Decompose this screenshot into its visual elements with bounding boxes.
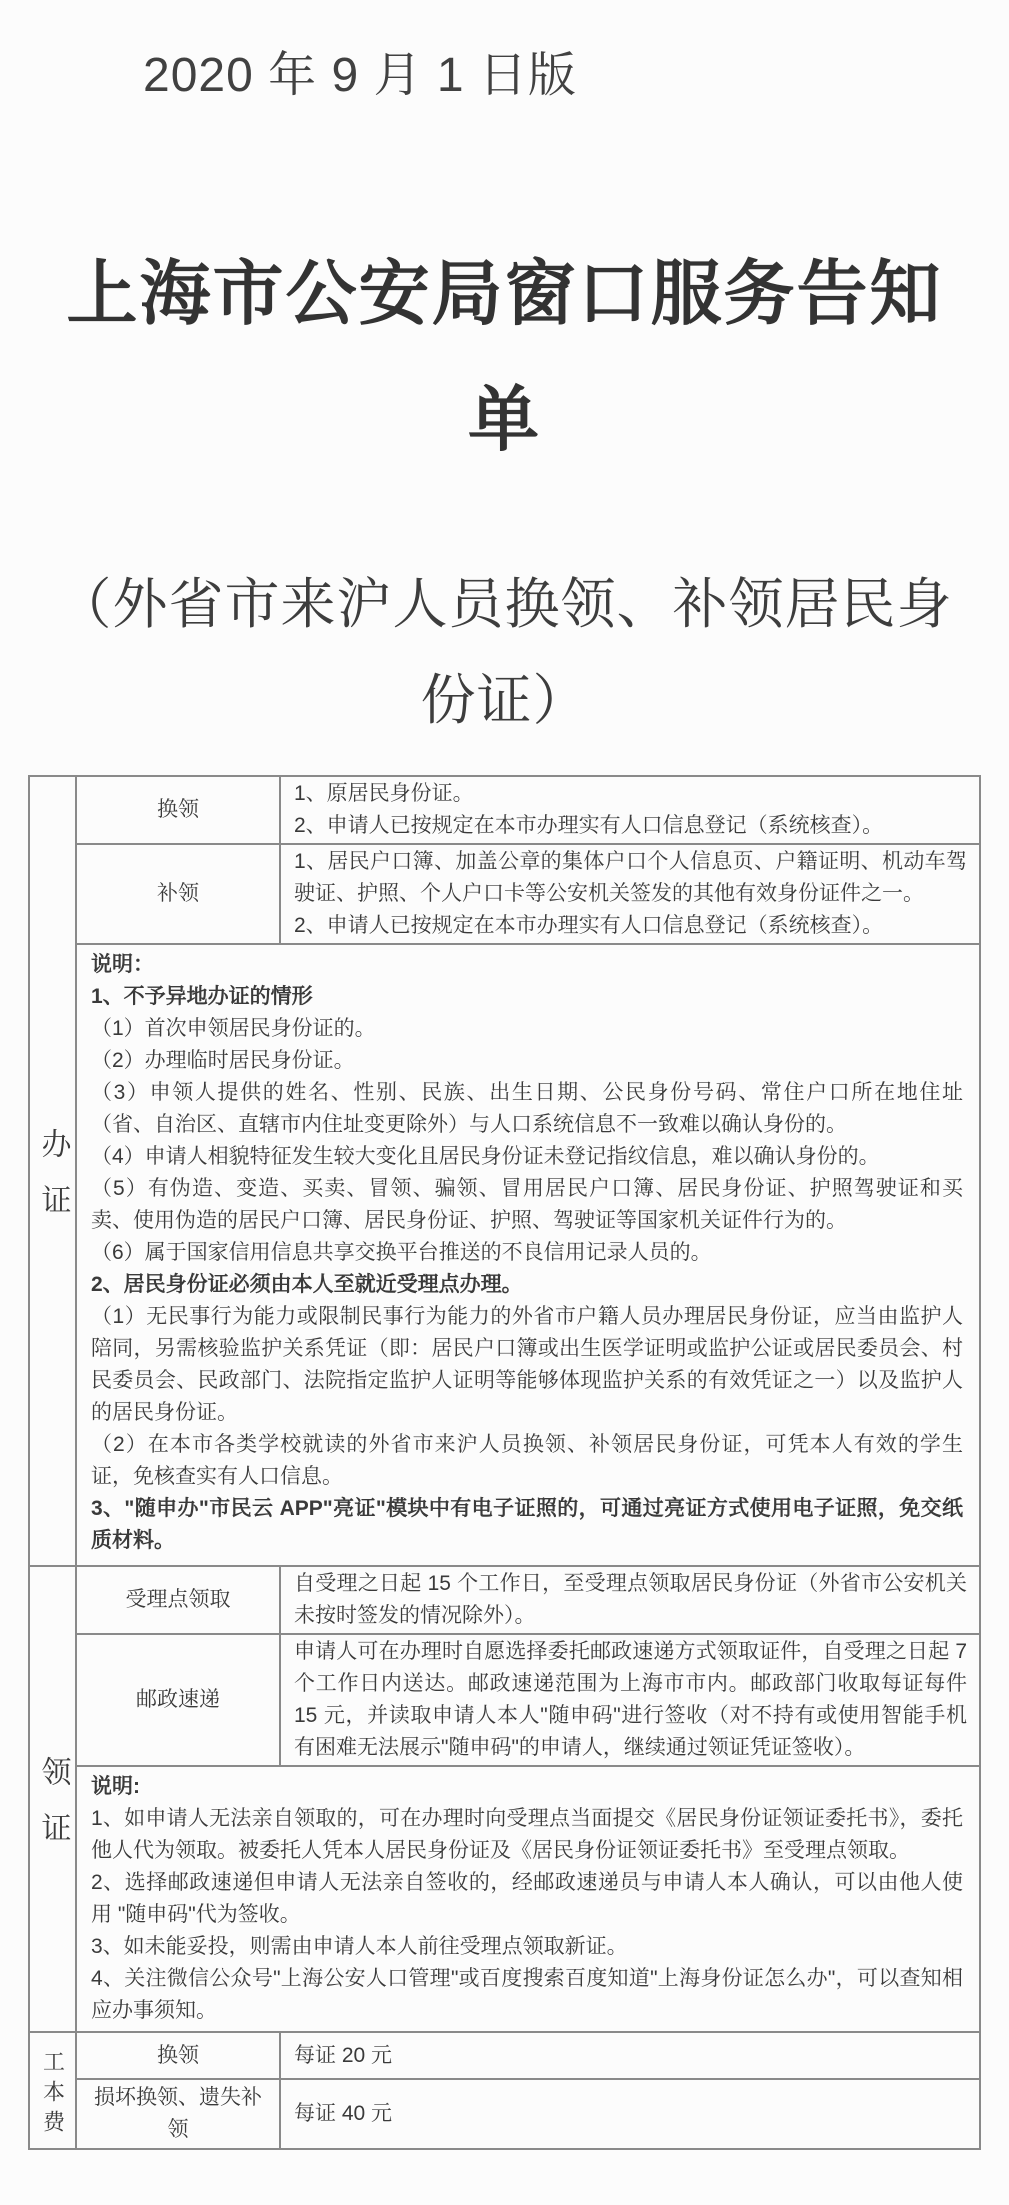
- note-line: 4、关注微信公众号"上海公安人口管理"或百度搜索百度知道"上海身份证怎么办"，可…: [91, 1963, 963, 2027]
- content-line: 每证 40 元: [294, 2098, 967, 2130]
- section-body-lingzheng: 受理点领取 自受理之日起 15 个工作日，至受理点领取居民身份证（外省市公安机关…: [77, 1567, 979, 2031]
- section-gongbenfei: 工本费 换领 每证 20 元 损坏换领、遗失补领 每证 40 元: [30, 2031, 979, 2148]
- note-line: （2）办理临时居民身份证。: [91, 1045, 963, 1077]
- table-row-fee-huanling: 换领 每证 20 元: [77, 2033, 979, 2078]
- content-line: 1、居民户口簿、加盖公章的集体户口个人信息页、户籍证明、机动车驾驶证、护照、个人…: [294, 846, 967, 910]
- table-row-youzheng: 邮政速递 申请人可在办理时自愿选择委托邮政速递方式领取证件，自受理之日起 7 个…: [77, 1633, 979, 1765]
- note-line: 3、如未能妥投，则需由申请人本人前往受理点领取新证。: [91, 1931, 963, 1963]
- section-label-gongbenfei: 工本费: [37, 2050, 69, 2140]
- version-date: 2020 年 9 月 1 日版: [143, 36, 577, 105]
- section-body-gongbenfei: 换领 每证 20 元 损坏换领、遗失补领 每证 40 元: [77, 2033, 979, 2148]
- row-label-buling: 补领: [77, 845, 281, 943]
- row-label-huanling: 换领: [77, 777, 281, 843]
- table-row-buling: 补领 1、居民户口簿、加盖公章的集体户口个人信息页、户籍证明、机动车驾驶证、护照…: [77, 843, 979, 943]
- content-line: 2、申请人已按规定在本市办理实有人口信息登记（系统核查）。: [294, 910, 967, 942]
- document-page: 2020 年 9 月 1 日版 上海市公安局窗口服务告知单 （外省市来沪人员换领…: [0, 0, 1009, 2205]
- note-line: 3、"随申办"市民云 APP"亮证"模块中有电子证照的，可通过亮证方式使用电子证…: [91, 1493, 963, 1557]
- section-banzheng: 办证 换领 1、原居民身份证。 2、申请人已按规定在本市办理实有人口信息登记（系…: [30, 777, 979, 1565]
- page-subtitle: （外省市来沪人员换领、补领居民身份证）: [40, 556, 970, 748]
- content-line: 每证 20 元: [294, 2040, 967, 2072]
- row-label-youzheng: 邮政速递: [77, 1635, 281, 1765]
- note-line: 1、不予异地办证的情形: [91, 981, 963, 1013]
- banzheng-note: 说明： 1、不予异地办证的情形 （1）首次申领居民身份证的。 （2）办理临时居民…: [77, 943, 979, 1565]
- section-body-banzheng: 换领 1、原居民身份证。 2、申请人已按规定在本市办理实有人口信息登记（系统核查…: [77, 777, 979, 1565]
- note-line: 说明：: [91, 949, 963, 981]
- row-content-fee-huanling: 每证 20 元: [281, 2033, 979, 2078]
- section-label-lingzheng: 领证: [37, 1756, 69, 1868]
- row-content-buling: 1、居民户口簿、加盖公章的集体户口个人信息页、户籍证明、机动车驾驶证、护照、个人…: [281, 845, 979, 943]
- content-line: 1、原居民身份证。: [294, 778, 967, 810]
- note-line: （2）在本市各类学校就读的外省市来沪人员换领、补领居民身份证，可凭本人有效的学生…: [91, 1429, 963, 1493]
- note-line: 2、居民身份证必须由本人至就近受理点办理。: [91, 1269, 963, 1301]
- note-line: 2、选择邮政速递但申请人无法亲自签收的，经邮政速递员与申请人本人确认，可以由他人…: [91, 1867, 963, 1931]
- row-content-youzheng: 申请人可在办理时自愿选择委托邮政速递方式领取证件，自受理之日起 7 个工作日内送…: [281, 1635, 979, 1765]
- table-row-shoulidian: 受理点领取 自受理之日起 15 个工作日，至受理点领取居民身份证（外省市公安机关…: [77, 1567, 979, 1633]
- content-line: 申请人可在办理时自愿选择委托邮政速递方式领取证件，自受理之日起 7 个工作日内送…: [294, 1636, 967, 1764]
- note-line: （3）申领人提供的姓名、性别、民族、出生日期、公民身份号码、常住户口所在地住址（…: [91, 1077, 963, 1141]
- row-label-fee-sunhuai: 损坏换领、遗失补领: [77, 2080, 281, 2148]
- content-line: 自受理之日起 15 个工作日，至受理点领取居民身份证（外省市公安机关未按时签发的…: [294, 1568, 967, 1632]
- content-line: 2、申请人已按规定在本市办理实有人口信息登记（系统核查）。: [294, 810, 967, 842]
- row-content-huanling: 1、原居民身份证。 2、申请人已按规定在本市办理实有人口信息登记（系统核查）。: [281, 777, 979, 843]
- note-line: （6）属于国家信用信息共享交换平台推送的不良信用记录人员的。: [91, 1237, 963, 1269]
- page-title: 上海市公安局窗口服务告知单: [44, 232, 966, 484]
- note-line: 1、如申请人无法亲自领取的，可在办理时向受理点当面提交《居民身份证领证委托书》，…: [91, 1803, 963, 1867]
- note-line: （1）首次申领居民身份证的。: [91, 1013, 963, 1045]
- row-label-shoulidian: 受理点领取: [77, 1567, 281, 1633]
- row-label-fee-huanling: 换领: [77, 2033, 281, 2078]
- note-line: （1）无民事行为能力或限制民事行为能力的外省市户籍人员办理居民身份证，应当由监护…: [91, 1301, 963, 1429]
- note-line: （5）有伪造、变造、买卖、冒领、骗领、冒用居民户口簿、居民身份证、护照驾驶证和买…: [91, 1173, 963, 1237]
- section-label-cell-banzheng: 办证: [30, 777, 77, 1565]
- lingzheng-note: 说明: 1、如申请人无法亲自领取的，可在办理时向受理点当面提交《居民身份证领证委…: [77, 1765, 979, 2031]
- section-label-banzheng: 办证: [37, 1128, 69, 1240]
- note-line: （4）申请人相貌特征发生较大变化且居民身份证未登记指纹信息，难以确认身份的。: [91, 1141, 963, 1173]
- table-row-huanling: 换领 1、原居民身份证。 2、申请人已按规定在本市办理实有人口信息登记（系统核查…: [77, 777, 979, 843]
- section-label-cell-lingzheng: 领证: [30, 1567, 77, 2031]
- table-row-fee-sunhuai: 损坏换领、遗失补领 每证 40 元: [77, 2078, 979, 2148]
- note-line: 说明:: [91, 1771, 963, 1803]
- row-content-shoulidian: 自受理之日起 15 个工作日，至受理点领取居民身份证（外省市公安机关未按时签发的…: [281, 1567, 979, 1633]
- section-lingzheng: 领证 受理点领取 自受理之日起 15 个工作日，至受理点领取居民身份证（外省市公…: [30, 1565, 979, 2031]
- section-label-cell-gongbenfei: 工本费: [30, 2033, 77, 2148]
- row-content-fee-sunhuai: 每证 40 元: [281, 2080, 979, 2148]
- notice-table: 办证 换领 1、原居民身份证。 2、申请人已按规定在本市办理实有人口信息登记（系…: [28, 775, 981, 2150]
